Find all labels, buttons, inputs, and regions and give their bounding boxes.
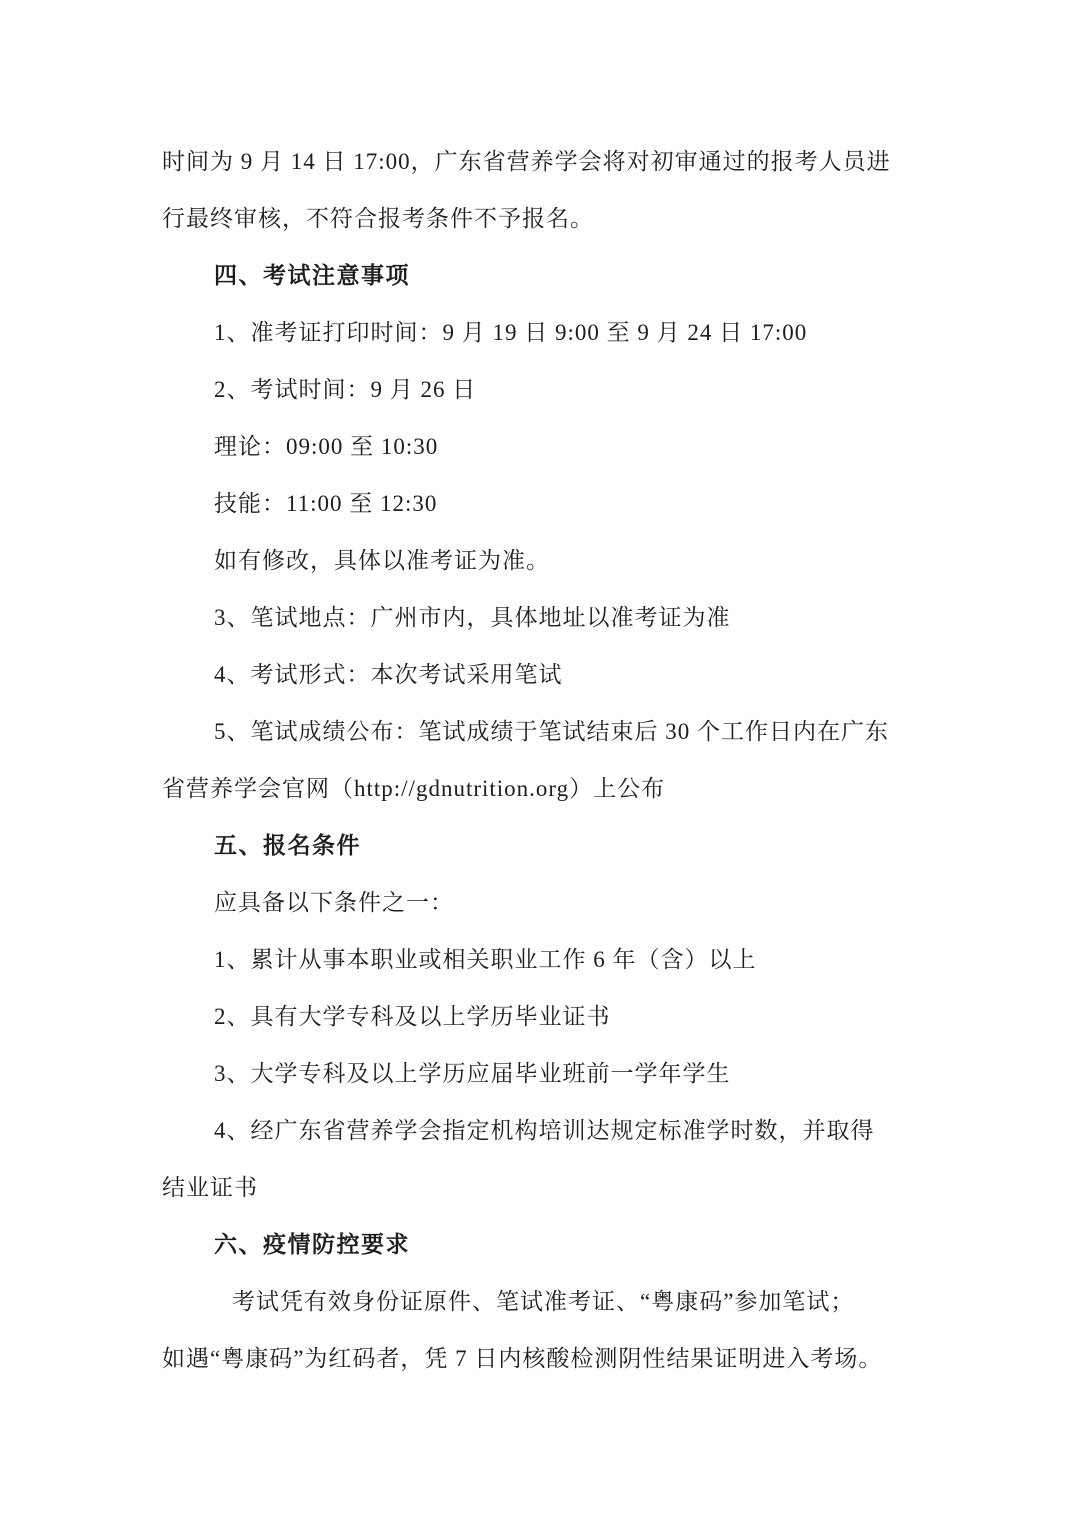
text-line-exam-location: 3、笔试地点：广州市内，具体地址以准考证为准 xyxy=(162,589,922,646)
text-line-requirement-1: 1、累计从事本职业或相关职业工作 6 年（含）以上 xyxy=(162,931,922,988)
section-heading-4-exam-notes: 四、考试注意事项 xyxy=(162,247,922,304)
text-line-continuation: 时间为 9 月 14 日 17:00，广东省营养学会将对初审通过的报考人员进 xyxy=(162,133,922,190)
text-line-theory-time: 理论：09:00 至 10:30 xyxy=(162,418,922,475)
text-line-change-notice: 如有修改，具体以准考证为准。 xyxy=(162,532,922,589)
section-heading-5-registration-requirements: 五、报名条件 xyxy=(162,817,922,874)
text-line-requirement-3: 3、大学专科及以上学历应届毕业班前一学年学生 xyxy=(162,1045,922,1102)
document-body: 时间为 9 月 14 日 17:00，广东省营养学会将对初审通过的报考人员进 行… xyxy=(162,133,922,1387)
text-line-continuation: 行最终审核，不符合报考条件不予报名。 xyxy=(162,190,922,247)
text-line-exam-date: 2、考试时间：9 月 26 日 xyxy=(162,361,922,418)
text-line-exam-format: 4、考试形式：本次考试采用笔试 xyxy=(162,646,922,703)
document-page: 时间为 9 月 14 日 17:00，广东省营养学会将对初审通过的报考人员进 行… xyxy=(0,0,1080,1528)
text-line-requirement-4-continuation: 结业证书 xyxy=(162,1159,922,1216)
text-line-requirement-4: 4、经广东省营养学会指定机构培训达规定标准学时数，并取得 xyxy=(162,1102,922,1159)
text-line-skill-time: 技能：11:00 至 12:30 xyxy=(162,475,922,532)
text-line-requirement-2: 2、具有大学专科及以上学历毕业证书 xyxy=(162,988,922,1045)
text-line-epidemic-rule: 考试凭有效身份证原件、笔试准考证、“粤康码”参加笔试； xyxy=(162,1273,922,1330)
text-line-score-release: 5、笔试成绩公布：笔试成绩于笔试结束后 30 个工作日内在广东 xyxy=(162,703,922,760)
text-line-epidemic-rule-continuation: 如遇“粤康码”为红码者，凭 7 日内核酸检测阴性结果证明进入考场。 xyxy=(162,1330,922,1387)
text-line-requirements-intro: 应具备以下条件之一： xyxy=(162,874,922,931)
text-line-official-website: 省营养学会官网（http://gdnutrition.org）上公布 xyxy=(162,760,922,817)
section-heading-6-epidemic-prevention: 六、疫情防控要求 xyxy=(162,1216,922,1273)
text-line-admission-ticket-print-time: 1、准考证打印时间：9 月 19 日 9:00 至 9 月 24 日 17:00 xyxy=(162,304,922,361)
